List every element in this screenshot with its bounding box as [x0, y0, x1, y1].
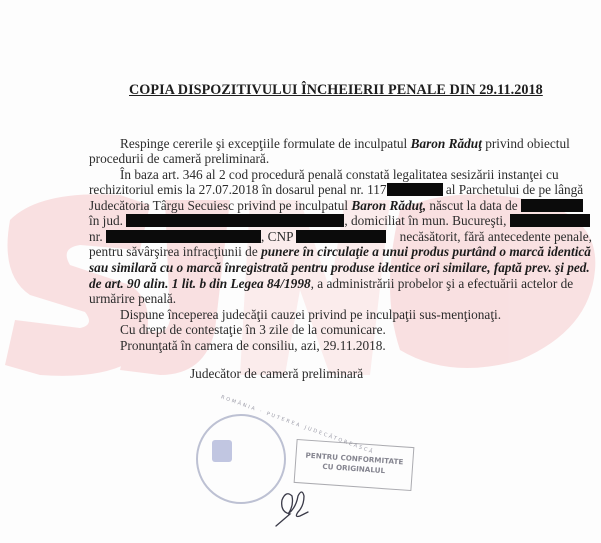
coat-of-arms-icon [212, 440, 232, 462]
paragraph-4: Cu drept de contestaţie în 3 zile de la … [120, 322, 386, 338]
text: născut la data de [426, 198, 521, 213]
text: pentru săvârşirea infracţiunii de [89, 244, 261, 259]
paragraph-2-line-8: de art. 90 alin. 1 lit. b din Legea 84/1… [89, 276, 539, 292]
signature-icon [268, 482, 318, 532]
text: , CNP [261, 229, 296, 244]
text: , a administrării probelor şi a efectuăr… [311, 276, 574, 291]
paragraph-2-line-1: În baza art. 346 al 2 cod procedură pena… [120, 167, 539, 183]
document-page: COPIA DISPOZITIVULUI ÎNCHEIERII PENALE D… [0, 0, 601, 543]
text: al Parchetului de pe lângă [443, 182, 584, 197]
paragraph-2-line-5: nr. , CNP necăsătorit, fără antecedente … [89, 229, 592, 245]
paragraph-3: Dispune începerea judecăţii cauzei privi… [120, 307, 501, 323]
paragraph-1-line-2: procedurii de cameră preliminară. [89, 151, 269, 167]
text: privind obiectul [482, 136, 570, 151]
text: , domiciliat în mun. Bucureşti, [344, 213, 509, 228]
text: nr. [89, 229, 106, 244]
defendant-name: Baron Răduţ, [351, 198, 426, 213]
document-title: COPIA DISPOZITIVULUI ÎNCHEIERII PENALE D… [129, 82, 543, 99]
legal-reference: de art. 90 alin. 1 lit. b din Legea 84/1… [89, 276, 311, 291]
paragraph-2-line-6: pentru săvârşirea infracţiunii de punere… [89, 244, 539, 260]
paragraph-5: Pronunţată în camera de consiliu, azi, 2… [120, 338, 386, 354]
text: necăsătorit, fără antecedente penale, [396, 229, 592, 244]
paragraph-1-line-1: Respinge cererile şi excepţiile formulat… [120, 136, 539, 152]
redacted-block [387, 183, 443, 196]
paragraph-2-line-9: urmărire penală. [89, 291, 176, 307]
text: rechizitoriul emis la 27.07.2018 în dosa… [89, 182, 387, 197]
offense-text: punere în circulaţie a unui produs purtâ… [261, 244, 591, 259]
paragraph-2-line-4: în jud. , domiciliat în mun. Bucureşti, [89, 213, 590, 229]
text: Respinge cererile şi excepţiile formulat… [120, 136, 411, 151]
defendant-name: Baron Răduţ [411, 136, 482, 151]
redacted-block [510, 214, 590, 227]
text: în jud. [89, 213, 126, 228]
paragraph-2-line-7: sau similară cu o marcă înregistrată pen… [89, 260, 539, 276]
text: Judecătoria Târgu Secuiesc privind pe in… [89, 198, 351, 213]
judge-signature-label: Judecător de cameră preliminară [190, 366, 363, 382]
redacted-block [296, 230, 386, 243]
redacted-block [521, 199, 583, 212]
redacted-block [126, 214, 344, 227]
paragraph-2-line-2: rechizitoriul emis la 27.07.2018 în dosa… [89, 182, 583, 198]
paragraph-2-line-3: Judecătoria Târgu Secuiesc privind pe in… [89, 198, 583, 214]
redacted-block [106, 230, 261, 243]
